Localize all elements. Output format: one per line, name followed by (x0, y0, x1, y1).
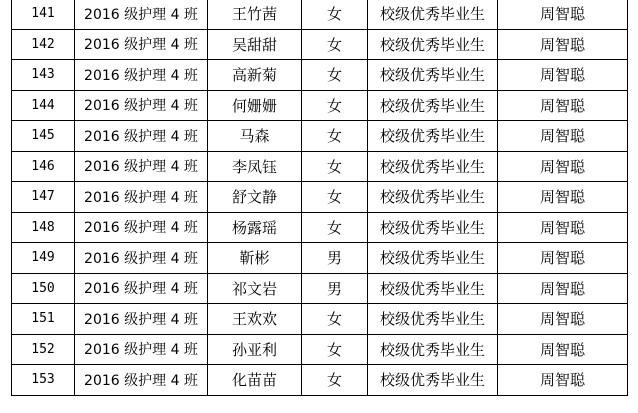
cell-class: 2016 级护理 4 班 (75, 182, 208, 213)
table-row: 151 2016 级护理 4 班 王欢欢 女 校级优秀毕业生 周智聪 (12, 304, 628, 335)
cell-class: 2016 级护理 4 班 (75, 334, 208, 365)
graduates-table: 141 2016 级护理 4 班 王竹茜 女 校级优秀毕业生 周智聪 142 2… (11, 0, 628, 396)
cell-gender: 女 (302, 60, 368, 91)
cell-number: 141 (12, 0, 75, 29)
cell-name: 王欢欢 (208, 304, 302, 335)
cell-number: 149 (12, 243, 75, 274)
cell-gender: 女 (302, 365, 368, 396)
cell-award: 校级优秀毕业生 (368, 243, 498, 274)
cell-advisor: 周智聪 (498, 151, 628, 182)
cell-number: 147 (12, 182, 75, 213)
cell-number: 144 (12, 90, 75, 121)
cell-name: 靳彬 (208, 243, 302, 274)
table-row: 149 2016 级护理 4 班 靳彬 男 校级优秀毕业生 周智聪 (12, 243, 628, 274)
cell-advisor: 周智聪 (498, 365, 628, 396)
cell-class: 2016 级护理 4 班 (75, 365, 208, 396)
cell-class: 2016 级护理 4 班 (75, 273, 208, 304)
cell-advisor: 周智聪 (498, 0, 628, 29)
cell-class: 2016 级护理 4 班 (75, 243, 208, 274)
cell-advisor: 周智聪 (498, 304, 628, 335)
cell-class: 2016 级护理 4 班 (75, 0, 208, 29)
cell-class: 2016 级护理 4 班 (75, 151, 208, 182)
cell-name: 孙亚利 (208, 334, 302, 365)
cell-gender: 女 (302, 121, 368, 152)
cell-number: 142 (12, 29, 75, 60)
cell-award: 校级优秀毕业生 (368, 60, 498, 91)
cell-award: 校级优秀毕业生 (368, 121, 498, 152)
table-row: 153 2016 级护理 4 班 化苗苗 女 校级优秀毕业生 周智聪 (12, 365, 628, 396)
cell-number: 145 (12, 121, 75, 152)
table-row: 148 2016 级护理 4 班 杨露瑶 女 校级优秀毕业生 周智聪 (12, 212, 628, 243)
cell-number: 153 (12, 365, 75, 396)
cell-class: 2016 级护理 4 班 (75, 121, 208, 152)
cell-class: 2016 级护理 4 班 (75, 90, 208, 121)
table-row: 142 2016 级护理 4 班 吴甜甜 女 校级优秀毕业生 周智聪 (12, 29, 628, 60)
cell-gender: 男 (302, 273, 368, 304)
cell-advisor: 周智聪 (498, 243, 628, 274)
cell-number: 151 (12, 304, 75, 335)
cell-class: 2016 级护理 4 班 (75, 29, 208, 60)
cell-gender: 女 (302, 334, 368, 365)
cell-gender: 女 (302, 304, 368, 335)
cell-class: 2016 级护理 4 班 (75, 304, 208, 335)
cell-name: 杨露瑶 (208, 212, 302, 243)
cell-name: 李凤钰 (208, 151, 302, 182)
cell-class: 2016 级护理 4 班 (75, 60, 208, 91)
cell-advisor: 周智聪 (498, 182, 628, 213)
cell-award: 校级优秀毕业生 (368, 182, 498, 213)
cell-award: 校级优秀毕业生 (368, 90, 498, 121)
cell-advisor: 周智聪 (498, 29, 628, 60)
cell-advisor: 周智聪 (498, 121, 628, 152)
graduates-table-body: 141 2016 级护理 4 班 王竹茜 女 校级优秀毕业生 周智聪 142 2… (12, 0, 628, 395)
cell-number: 150 (12, 273, 75, 304)
table-row: 146 2016 级护理 4 班 李凤钰 女 校级优秀毕业生 周智聪 (12, 151, 628, 182)
cell-number: 143 (12, 60, 75, 91)
table-row: 152 2016 级护理 4 班 孙亚利 女 校级优秀毕业生 周智聪 (12, 334, 628, 365)
cell-award: 校级优秀毕业生 (368, 304, 498, 335)
cell-number: 148 (12, 212, 75, 243)
cell-number: 146 (12, 151, 75, 182)
cell-gender: 女 (302, 212, 368, 243)
table-row: 144 2016 级护理 4 班 何姗姗 女 校级优秀毕业生 周智聪 (12, 90, 628, 121)
cell-name: 吴甜甜 (208, 29, 302, 60)
cell-number: 152 (12, 334, 75, 365)
cell-award: 校级优秀毕业生 (368, 365, 498, 396)
cell-advisor: 周智聪 (498, 212, 628, 243)
table-row: 141 2016 级护理 4 班 王竹茜 女 校级优秀毕业生 周智聪 (12, 0, 628, 29)
cell-name: 王竹茜 (208, 0, 302, 29)
cell-name: 舒文静 (208, 182, 302, 213)
cell-name: 马森 (208, 121, 302, 152)
table-row: 147 2016 级护理 4 班 舒文静 女 校级优秀毕业生 周智聪 (12, 182, 628, 213)
cell-name: 何姗姗 (208, 90, 302, 121)
cell-gender: 女 (302, 151, 368, 182)
cell-award: 校级优秀毕业生 (368, 29, 498, 60)
cell-award: 校级优秀毕业生 (368, 334, 498, 365)
cell-gender: 女 (302, 90, 368, 121)
cell-advisor: 周智聪 (498, 273, 628, 304)
table-row: 150 2016 级护理 4 班 祁文岩 男 校级优秀毕业生 周智聪 (12, 273, 628, 304)
cell-award: 校级优秀毕业生 (368, 0, 498, 29)
cell-name: 祁文岩 (208, 273, 302, 304)
cell-advisor: 周智聪 (498, 334, 628, 365)
cell-gender: 女 (302, 182, 368, 213)
cell-advisor: 周智聪 (498, 60, 628, 91)
table-row: 143 2016 级护理 4 班 高新菊 女 校级优秀毕业生 周智聪 (12, 60, 628, 91)
cell-name: 化苗苗 (208, 365, 302, 396)
cell-award: 校级优秀毕业生 (368, 273, 498, 304)
cell-award: 校级优秀毕业生 (368, 212, 498, 243)
cell-gender: 女 (302, 0, 368, 29)
cell-name: 高新菊 (208, 60, 302, 91)
cell-advisor: 周智聪 (498, 90, 628, 121)
cell-gender: 女 (302, 29, 368, 60)
table-row: 145 2016 级护理 4 班 马森 女 校级优秀毕业生 周智聪 (12, 121, 628, 152)
cell-award: 校级优秀毕业生 (368, 151, 498, 182)
cell-gender: 男 (302, 243, 368, 274)
cell-class: 2016 级护理 4 班 (75, 212, 208, 243)
